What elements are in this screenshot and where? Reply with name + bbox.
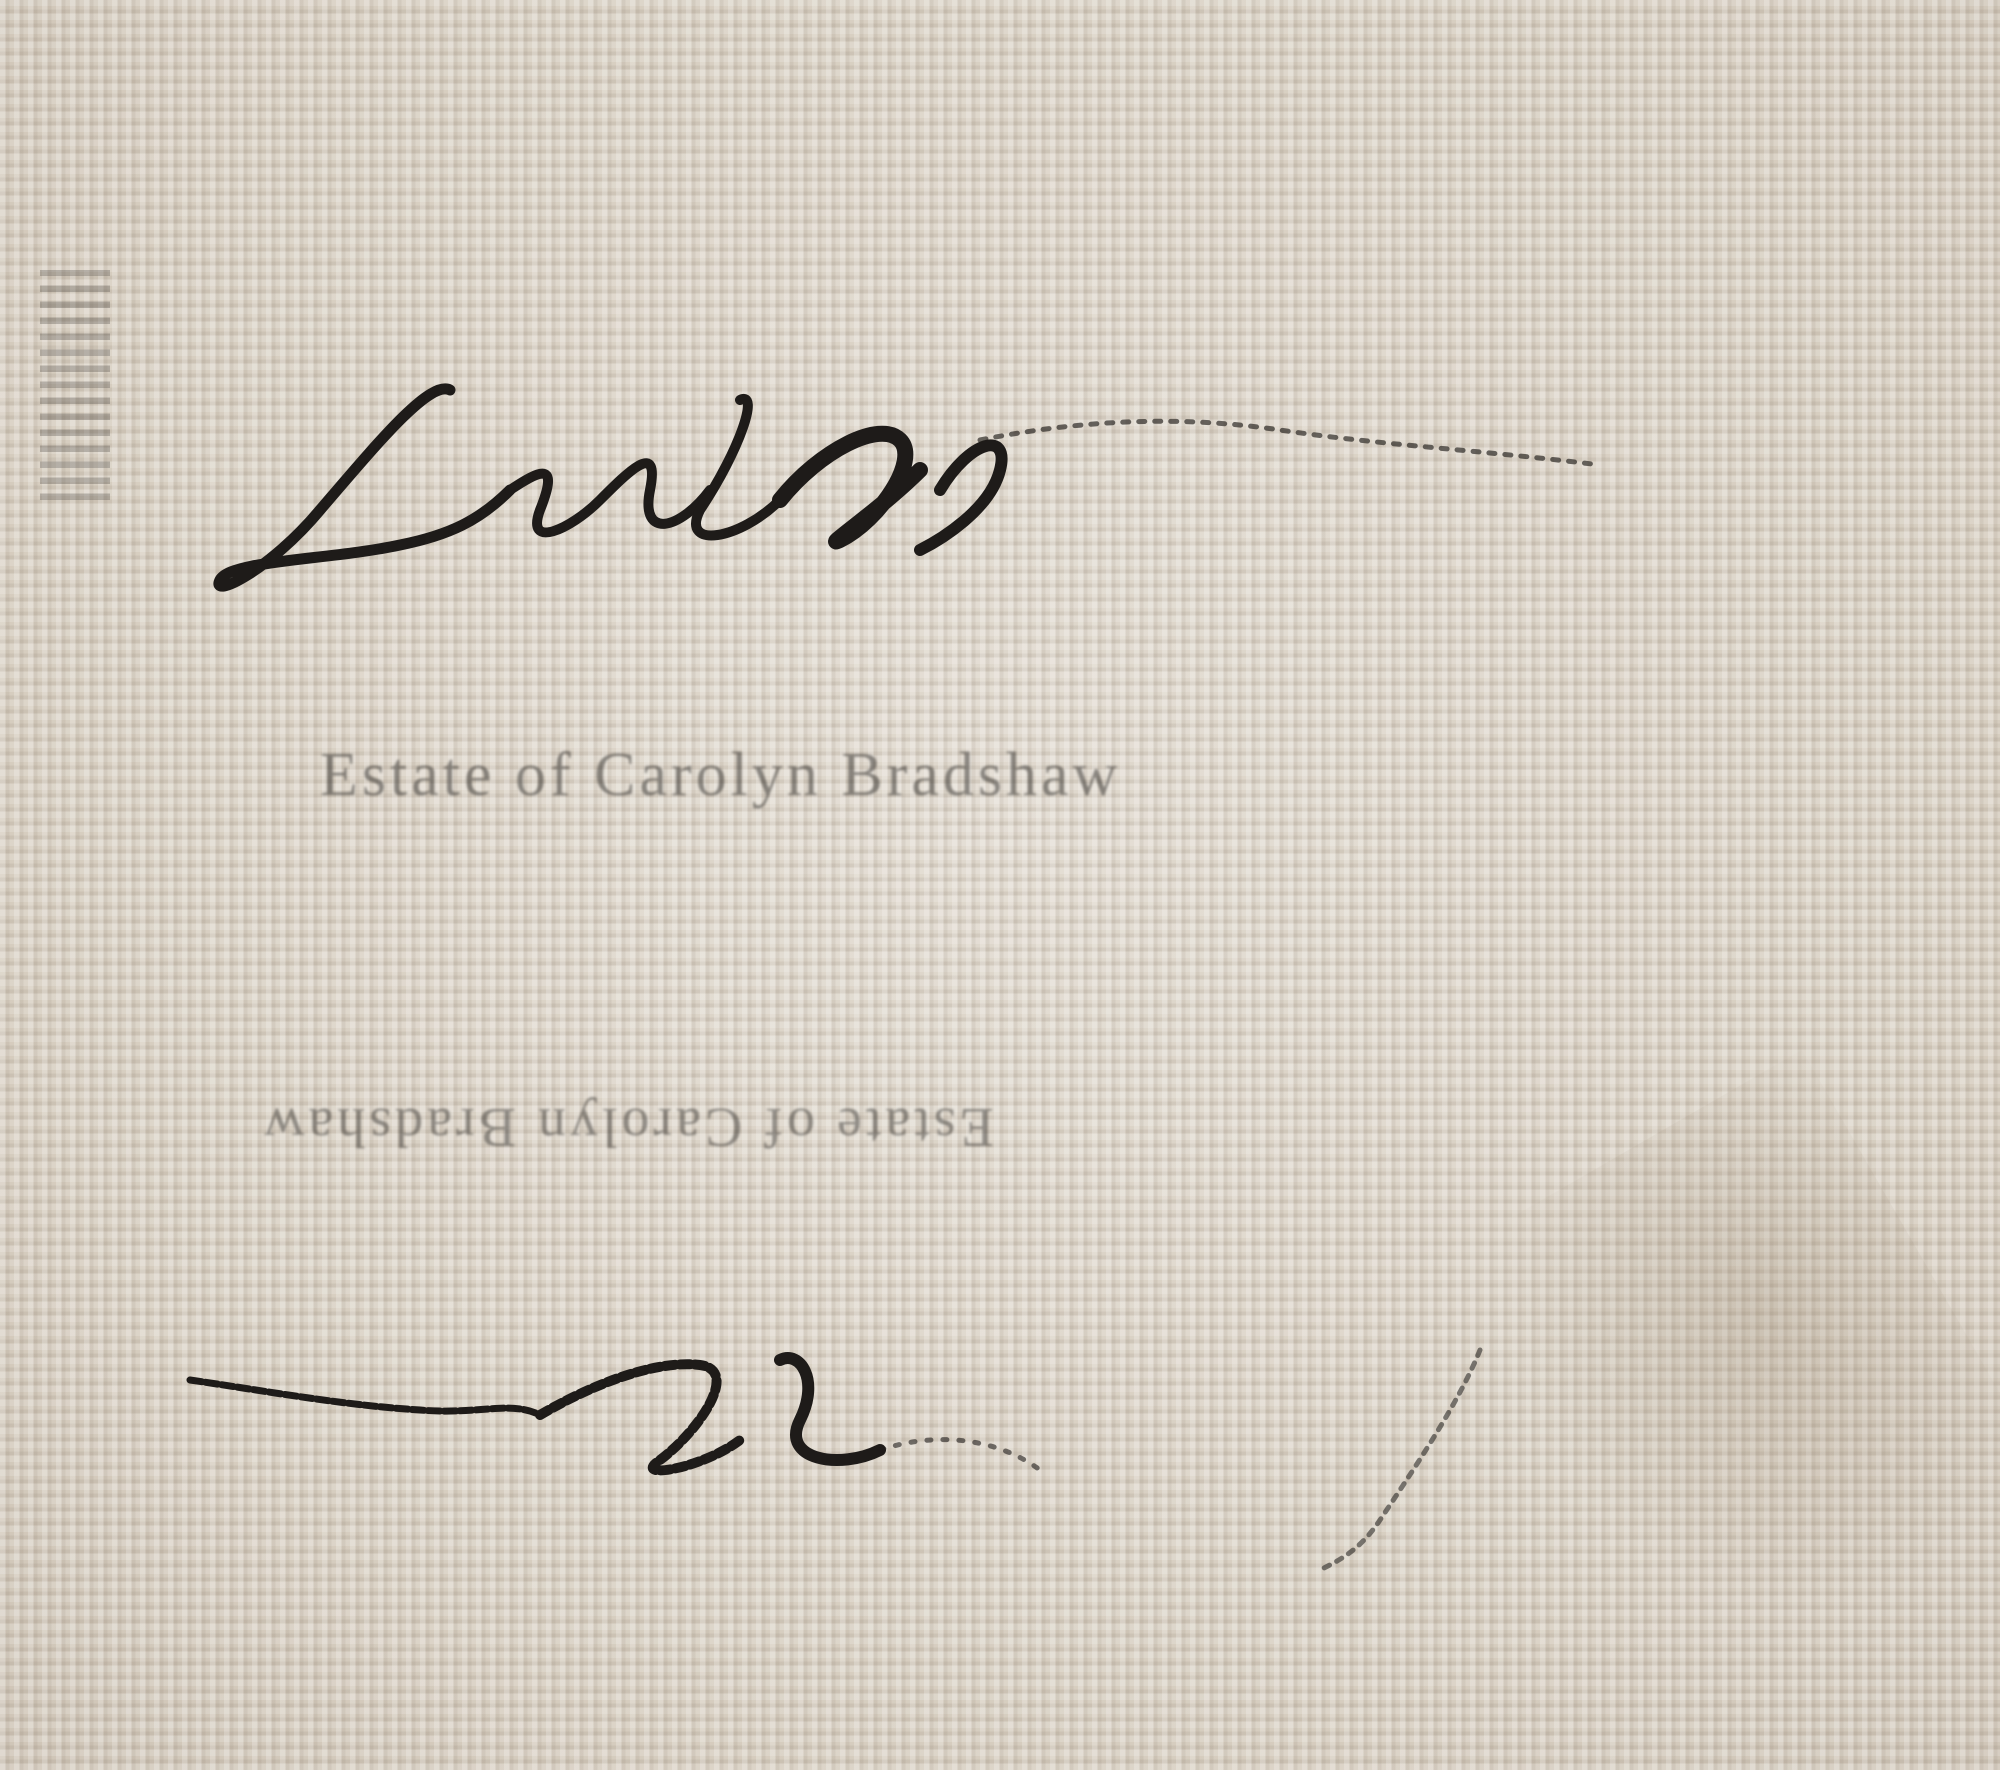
canvas-photo: Estate of Carolyn Bradshaw Estate of Car… xyxy=(0,0,2000,1770)
stretcher-edge-mark xyxy=(40,270,110,500)
signature-bottom xyxy=(180,1320,1680,1580)
signature-top xyxy=(180,360,1780,620)
canvas-stain xyxy=(1438,1050,2000,1710)
estate-stamp-line: Estate of Carolyn Bradshaw xyxy=(320,740,1121,811)
estate-stamp-mirrored-line: Estate of Carolyn Bradshaw xyxy=(260,1095,994,1159)
